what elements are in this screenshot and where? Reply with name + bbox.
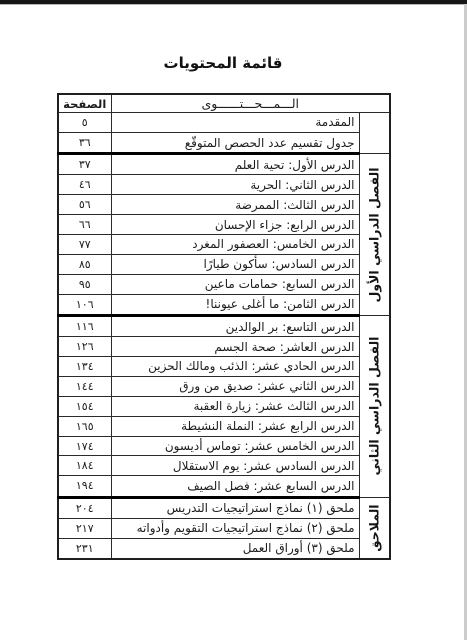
page-number-cell: ٧٧ (58, 235, 111, 255)
page-number-cell: ١٨٤ (58, 456, 111, 476)
page-number-cell: ٢٣١ (58, 538, 111, 559)
page-number-cell: ٣٧ (58, 154, 111, 175)
page-number-cell: ٢١٧ (58, 518, 111, 538)
content-cell: الدرس العاشر: صحة الجسم (111, 337, 359, 357)
content-cell: الدرس الثامن: ما أغلى عيوننا! (111, 294, 359, 315)
page-number-cell: ٤٦ (58, 175, 111, 195)
page-number-cell: ١٩٤ (58, 476, 111, 497)
toc-row: الدرس العاشر: صحة الجسم١٢٦ (58, 337, 390, 357)
content-cell: الدرس السادس عشر: يوم الاستقلال (111, 456, 359, 476)
toc-row: الدرس الرابع: جزاء الإحسان٦٦ (58, 215, 390, 235)
toc-row: الملاحقملحق (١) نماذج استراتيجيات التدري… (58, 497, 390, 518)
content-cell: ملحق (٢) نماذج استراتيجيات التقويم وأدوا… (111, 518, 359, 538)
toc-row: الدرس الخامس: العصفور المغرد٧٧ (58, 235, 390, 255)
page-number-cell: ٥٦ (58, 195, 111, 215)
scan-edge-top-bar (0, 0, 467, 4)
toc-row: الفصل الدراسي الأولالدرس الأول: تحية الع… (58, 154, 390, 175)
toc-row: المقدمة٥ (58, 113, 390, 133)
page-number-cell: ٣٦ (58, 132, 111, 153)
page-number-cell: ٩٥ (58, 274, 111, 294)
toc-row: ملحق (٣) أوراق العمل٢٣١ (58, 538, 390, 559)
content-cell: الدرس السادس: سأكون طيارًا (111, 254, 359, 274)
section-label-cell: الملاحق (359, 497, 390, 559)
toc-row: الدرس الخامس عشر: توماس أديسون١٧٤ (58, 436, 390, 456)
section-label-cell: الفصل الدراسي الأول (359, 154, 390, 316)
content-cell: الدرس الرابع: جزاء الإحسان (111, 215, 359, 235)
toc-table: الـــمـــحـــتــــــوى الصفحة المقدمة٥جد… (57, 93, 391, 560)
page-number-cell: ١٥٤ (58, 396, 111, 416)
toc-row: الدرس السادس عشر: يوم الاستقلال١٨٤ (58, 456, 390, 476)
page-number-cell: ١٠٦ (58, 294, 111, 315)
content-cell: الدرس السابع عشر: فصل الصيف (111, 476, 359, 497)
toc-row: الدرس الثالث عشر: زيارة العقبة١٥٤ (58, 396, 390, 416)
toc-row: الدرس الحادي عشر: الذئب ومالك الحزين١٣٤ (58, 357, 390, 377)
toc-row: الدرس الثامن: ما أغلى عيوننا!١٠٦ (58, 294, 390, 315)
toc-row: الدرس الرابع عشر: النملة النشيطة١٦٥ (58, 416, 390, 436)
content-cell: الدرس الرابع عشر: النملة النشيطة (111, 416, 359, 436)
toc-row: الدرس السابع عشر: فصل الصيف١٩٤ (58, 476, 390, 497)
toc-header-row: الـــمـــحـــتــــــوى الصفحة (58, 94, 390, 113)
content-cell: المقدمة (111, 113, 359, 133)
content-cell: الدرس الثالث عشر: زيارة العقبة (111, 396, 359, 416)
section-label-cell: الفصل الدراسي الثاني (359, 315, 390, 497)
toc-row: الدرس الثاني عشر: صديق من ورق١٤٤ (58, 376, 390, 396)
content-cell: الدرس الحادي عشر: الذئب ومالك الحزين (111, 357, 359, 377)
content-cell: ملحق (٣) أوراق العمل (111, 538, 359, 559)
content-cell: الدرس الثالث: الممرضة (111, 195, 359, 215)
content-cell: الدرس التاسع: بر الوالدين (111, 315, 359, 336)
content-cell: الدرس الثاني عشر: صديق من ورق (111, 376, 359, 396)
toc-row: الفصل الدراسي الثانيالدرس التاسع: بر الو… (58, 315, 390, 336)
page-number-cell: ١٢٦ (58, 337, 111, 357)
toc-row: ملحق (٢) نماذج استراتيجيات التقويم وأدوا… (58, 518, 390, 538)
toc-row: الدرس الثاني: الحرية٤٦ (58, 175, 390, 195)
content-cell: الدرس الثاني: الحرية (111, 175, 359, 195)
page-number-cell: ٨٥ (58, 254, 111, 274)
content-cell: الدرس الخامس: العصفور المغرد (111, 235, 359, 255)
section-label: الفصل الدراسي الأول (367, 167, 382, 302)
section-label: الملاحق (367, 504, 382, 551)
page-number-cell: ١١٦ (58, 315, 111, 336)
page-number-cell: ٢٠٤ (58, 497, 111, 518)
page-number-cell: ٦٦ (58, 215, 111, 235)
content-cell: ملحق (١) نماذج استراتيجيات التدريس (111, 497, 359, 518)
header-page-label: الصفحة (58, 94, 111, 113)
header-content-label: الـــمـــحـــتــــــوى (111, 94, 390, 113)
page-number-cell: ١٦٥ (58, 416, 111, 436)
section-label-cell-empty (359, 113, 390, 154)
toc-row: الدرس السادس: سأكون طيارًا٨٥ (58, 254, 390, 274)
toc-row: الدرس الثالث: الممرضة٥٦ (58, 195, 390, 215)
page-number-cell: ١٧٤ (58, 436, 111, 456)
toc-row: الدرس السابع: حمامات ماعين٩٥ (58, 274, 390, 294)
toc-row: جدول تقسيم عدد الحصص المتوقّع٣٦ (58, 132, 390, 153)
section-label: الفصل الدراسي الثاني (367, 337, 382, 476)
content-cell: جدول تقسيم عدد الحصص المتوقّع (111, 132, 359, 153)
page-title: قائمة المحتويات (57, 54, 389, 72)
page-number-cell: ٥ (58, 113, 111, 133)
content-cell: الدرس السابع: حمامات ماعين (111, 274, 359, 294)
page-number-cell: ١٣٤ (58, 357, 111, 377)
content-cell: الدرس الخامس عشر: توماس أديسون (111, 436, 359, 456)
content-cell: الدرس الأول: تحية العلم (111, 154, 359, 175)
page-number-cell: ١٤٤ (58, 376, 111, 396)
